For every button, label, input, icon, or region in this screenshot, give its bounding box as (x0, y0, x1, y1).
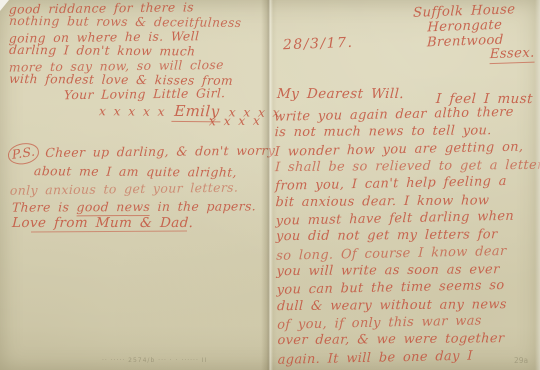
letter-date: 28/3/17. (283, 35, 354, 53)
scan-corner-artifact (0, 0, 9, 11)
ps-text: in the papers. (150, 198, 257, 214)
letter-line: There is good news in the papers. (12, 197, 269, 216)
underlined-county: Essex. (490, 46, 535, 65)
kisses-below: x x x x (209, 114, 266, 129)
page-edge-highlight (535, 0, 540, 370)
underlined-good-news: good news (76, 199, 150, 216)
salutation: My Dearest Will. (277, 86, 405, 102)
ps-text: Cheer up darling, & don't worry (45, 143, 276, 160)
letter-line: P.S.Cheer up darling, & don't worry (8, 141, 269, 164)
pencil-page-number: 29a (514, 356, 528, 365)
kisses-left: x x x x x (99, 104, 166, 119)
closing-paragraph: good riddance for there is nothing but r… (9, 1, 265, 129)
ps-text: There is (12, 199, 77, 214)
letter-scan: good riddance for there is nothing but r… (0, 0, 540, 370)
fold-crease (261, 0, 277, 370)
sender-address: Suffolk House Herongate Brentwood Essex. (391, 2, 539, 66)
postscript-paragraph: P.S.Cheer up darling, & don't worry abou… (8, 142, 268, 233)
letter-body: write you again dear altho there is not … (274, 104, 540, 368)
letter-line: Your Loving Little Girl. (64, 86, 266, 103)
address-line: Essex. (393, 47, 539, 67)
pencil-archive-note: ·· ····· 2574/b ··· · · ······ II (102, 357, 267, 364)
letter-line: only anxious to get your letters. (10, 178, 269, 199)
letter-line: again. It will be one day I (277, 346, 540, 369)
